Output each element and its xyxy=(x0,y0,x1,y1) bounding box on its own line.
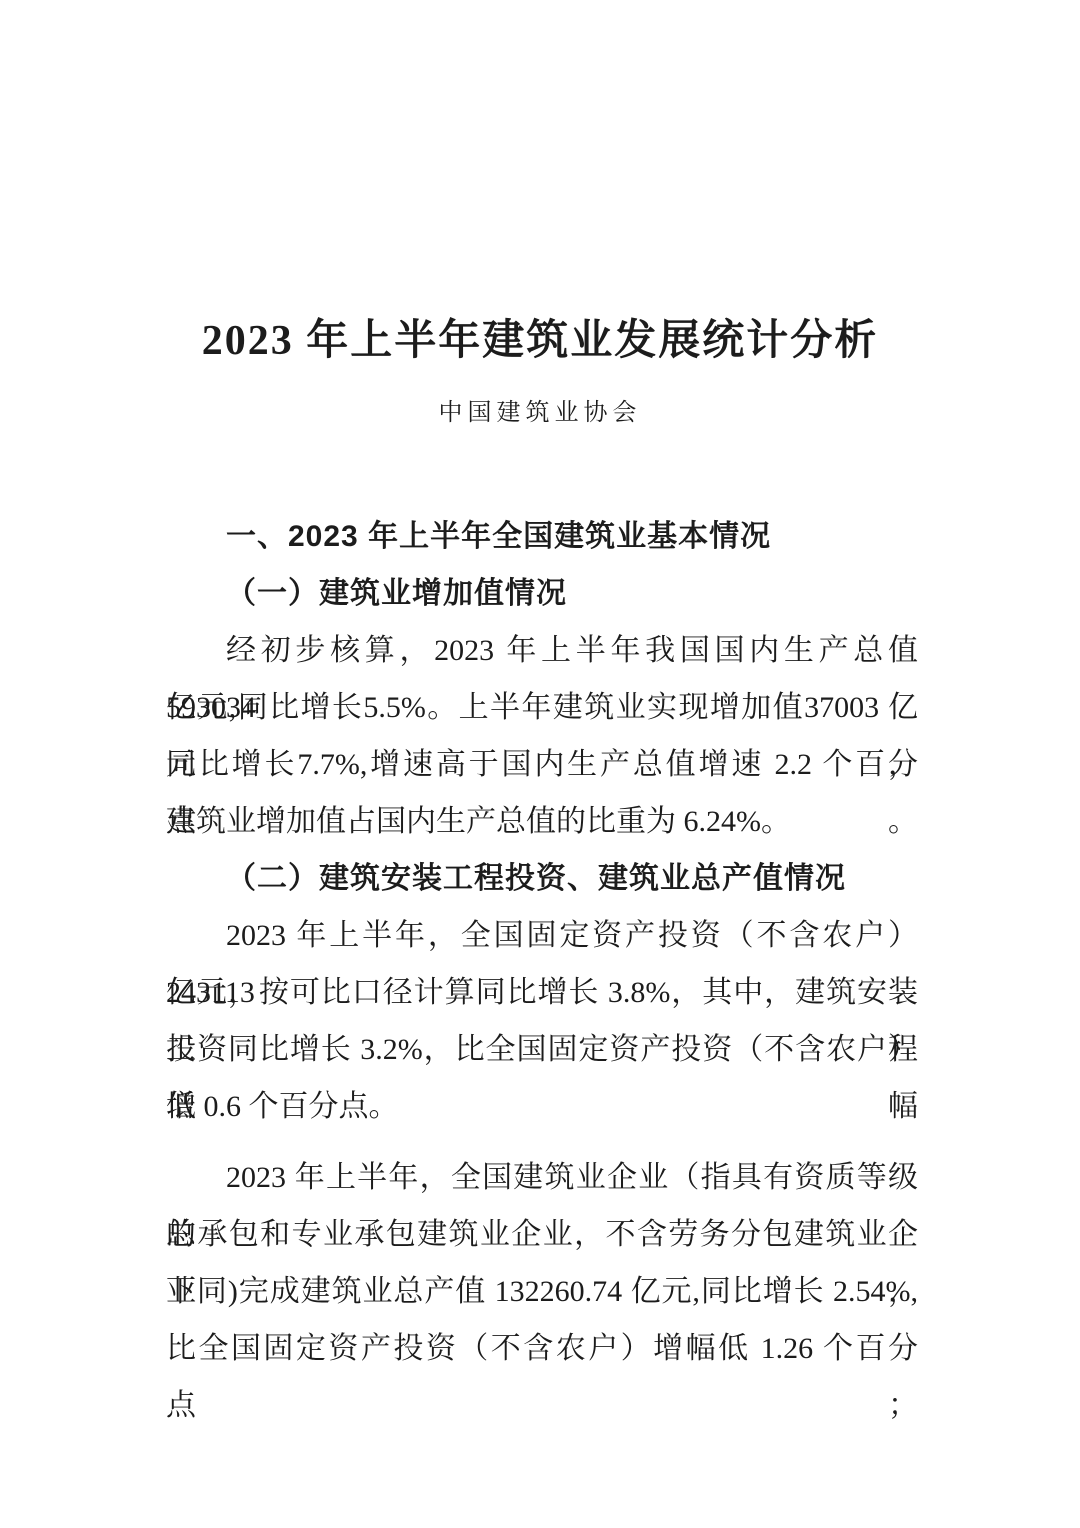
body-line: 比全国固定资产投资（不含农户）增幅低 1.26 个百分点； xyxy=(166,1320,918,1377)
section-heading-1: 一、2023 年上半年全国建筑业基本情况 xyxy=(166,508,918,565)
subsection-heading-2: （二）建筑安装工程投资、建筑业总产值情况 xyxy=(166,850,918,907)
body-line: 同比增长7.7%,增速高于国内生产总值增速 2.2 个百分点。 xyxy=(166,736,918,793)
body-line: 下同)完成建筑业总产值 132260.74 亿元,同比增长 2.54%, xyxy=(166,1263,918,1320)
document-author: 中国建筑业协会 xyxy=(0,398,1080,429)
subsection-heading-1: （一）建筑业增加值情况 xyxy=(166,565,918,622)
document-page: 2023 年上半年建筑业发展统计分析 中国建筑业协会 一、2023 年上半年全国… xyxy=(0,0,1080,1528)
document-title: 2023 年上半年建筑业发展统计分析 xyxy=(0,316,1080,366)
body-line: 经初步核算，2023 年上半年我国国内生产总值 593034 xyxy=(166,622,918,679)
body-line: 2023 年上半年，全国固定资产投资（不含农户）243113 xyxy=(166,907,918,964)
paragraph-3: 2023 年上半年，全国建筑业企业（指具有资质等级的 总承包和专业承包建筑业企业… xyxy=(166,1149,918,1377)
body-line: 投资同比增长 3.2%，比全国固定资产投资（不含农户）增幅 xyxy=(166,1021,918,1078)
document-body: 一、2023 年上半年全国建筑业基本情况 （一）建筑业增加值情况 经初步核算，2… xyxy=(166,508,918,1377)
body-line: 2023 年上半年，全国建筑业企业（指具有资质等级的 xyxy=(166,1149,918,1206)
body-line: 亿元，按可比口径计算同比增长 3.8%，其中，建筑安装工程 xyxy=(166,964,918,1021)
paragraph-2: 2023 年上半年，全国固定资产投资（不含农户）243113 亿元，按可比口径计… xyxy=(166,907,918,1135)
paragraph-1: 经初步核算，2023 年上半年我国国内生产总值 593034 亿元,同比增长5.… xyxy=(166,622,918,850)
body-line: 亿元,同比增长5.5%。上半年建筑业实现增加值37003 亿元， xyxy=(166,679,918,736)
body-line: 总承包和专业承包建筑业企业，不含劳务分包建筑业企业， xyxy=(166,1206,918,1263)
